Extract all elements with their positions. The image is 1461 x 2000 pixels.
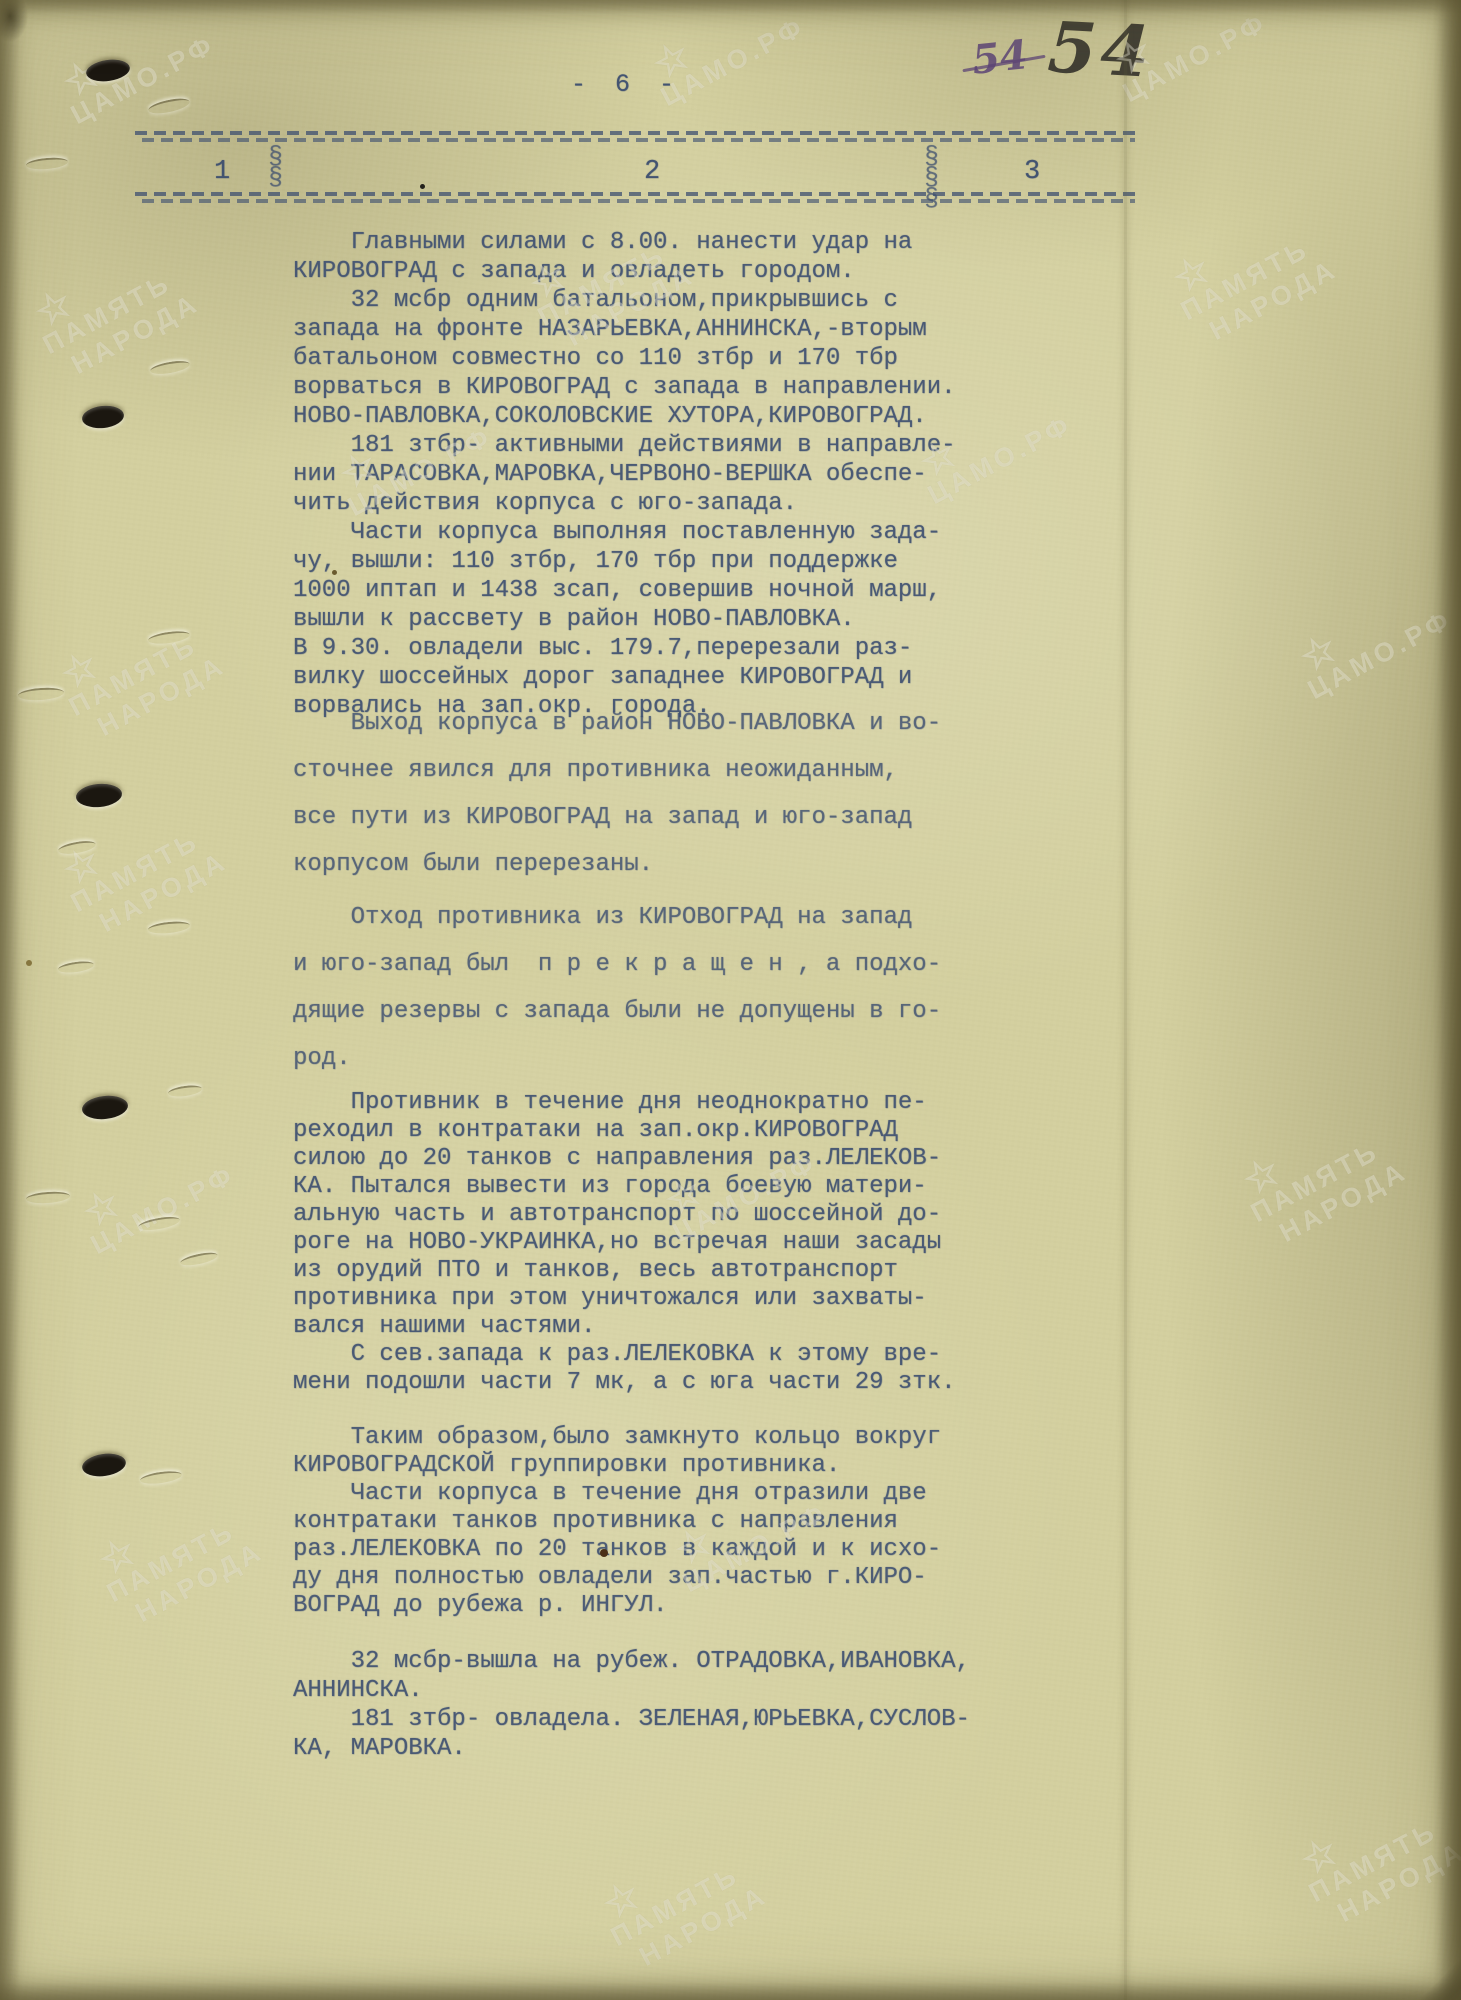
right-page-edge-shadow — [1439, 0, 1461, 2000]
text-line: Отход противника из КИРОВОГРАД на запад — [293, 894, 941, 941]
text-line: сточнее явился для противника неожиданны… — [293, 747, 941, 794]
text-line: вилку шоссейных дорог западнее КИРОВОГРА… — [293, 663, 956, 692]
text-line: корпусом были перерезаны. — [293, 841, 941, 888]
paper-speck — [600, 1549, 608, 1557]
text-line: ду дня полностью овладели зап.частью г.К… — [293, 1564, 941, 1592]
text-line: Части корпуса выполняя поставленную зада… — [293, 518, 956, 547]
paper-speck — [26, 960, 32, 966]
text-line: Выход корпуса в район НОВО-ПАВЛОВКА и во… — [293, 700, 941, 747]
text-line: род. — [293, 1035, 941, 1082]
text-line: КА. Пытался вывести из города боевую мат… — [293, 1173, 956, 1201]
text-line: ВОГРАД до рубежа р. ИНГУЛ. — [293, 1592, 941, 1620]
text-line: мени подошли части 7 мк, а с юга части 2… — [293, 1369, 956, 1397]
text-line: ворваться в КИРОВОГРАД с запада в направ… — [293, 373, 956, 402]
text-line: все пути из КИРОВОГРАД на запад и юго-за… — [293, 794, 941, 841]
text-line: роге на НОВО-УКРАИНКА,но встречая наши з… — [293, 1229, 956, 1257]
text-line: Таким образом,было замкнуто кольцо вокру… — [293, 1424, 941, 1452]
vertical-fold-crease — [1124, 0, 1127, 2000]
document-paragraph: Противник в течение дня неоднократно пе-… — [293, 1089, 956, 1397]
document-paragraph: Таким образом,было замкнуто кольцо вокру… — [293, 1424, 941, 1620]
document-paragraph: 32 мсбр-вышла на рубеж. ОТРАДОВКА,ИВАНОВ… — [293, 1647, 970, 1763]
text-line: 181 зтбр- овладела. ЗЕЛЕНАЯ,ЮРЬЕВКА,СУСЛ… — [293, 1705, 970, 1734]
text-line: КИРОВОГРАДСКОЙ группировки противника. — [293, 1452, 941, 1480]
text-line: реходил в контратаки на зап.окр.КИРОВОГР… — [293, 1117, 956, 1145]
text-line: альную часть и автотранспорт по шоссейно… — [293, 1201, 956, 1229]
text-line: В 9.30. овладели выс. 179.7,перерезали р… — [293, 634, 956, 663]
text-line: вался нашими частями. — [293, 1313, 956, 1341]
text-line: КА, МАРОВКА. — [293, 1734, 970, 1763]
document-paragraph: Выход корпуса в район НОВО-ПАВЛОВКА и во… — [293, 700, 941, 888]
text-line: противника при этом уничтожался или захв… — [293, 1285, 956, 1313]
text-line: вышли к рассвету в район НОВО-ПАВЛОВКА. — [293, 605, 956, 634]
text-line: раз.ЛЕЛЕКОВКА по 20 танков в каждой и к … — [293, 1536, 941, 1564]
text-line: силою до 20 танков с направления раз.ЛЕЛ… — [293, 1145, 956, 1173]
paper-speck — [420, 184, 425, 189]
text-line: из орудий ПТО и танков, весь автотранспо… — [293, 1257, 956, 1285]
text-line: 1000 иптап и 1438 зсап, совершив ночной … — [293, 576, 956, 605]
text-line: 32 мсбр-вышла на рубеж. ОТРАДОВКА,ИВАНОВ… — [293, 1647, 970, 1676]
text-line: контратаки танков противника с направлен… — [293, 1508, 941, 1536]
paper-speck — [332, 570, 337, 575]
text-line: дящие резервы с запада были не допущены … — [293, 988, 941, 1035]
text-line: батальоном совместно со 110 зтбр и 170 т… — [293, 344, 956, 373]
text-line: и юго-запад был п р е к р а щ е н , а по… — [293, 941, 941, 988]
scanned-document-page: - 6 - 54 54 123 § §§ § § Главными силами… — [0, 0, 1461, 2000]
bottom-right-corner-fold — [1403, 1950, 1461, 2000]
text-line: Противник в течение дня неоднократно пе- — [293, 1089, 956, 1117]
text-line: АННИНСКА. — [293, 1676, 970, 1705]
document-paragraph: Отход противника из КИРОВОГРАД на запади… — [293, 894, 941, 1082]
text-line: Части корпуса в течение дня отразили две — [293, 1480, 941, 1508]
text-line: чу, вышли: 110 зтбр, 170 тбр при поддерж… — [293, 547, 956, 576]
text-line: С сев.запада к раз.ЛЕЛЕКОВКА к этому вре… — [293, 1341, 956, 1369]
